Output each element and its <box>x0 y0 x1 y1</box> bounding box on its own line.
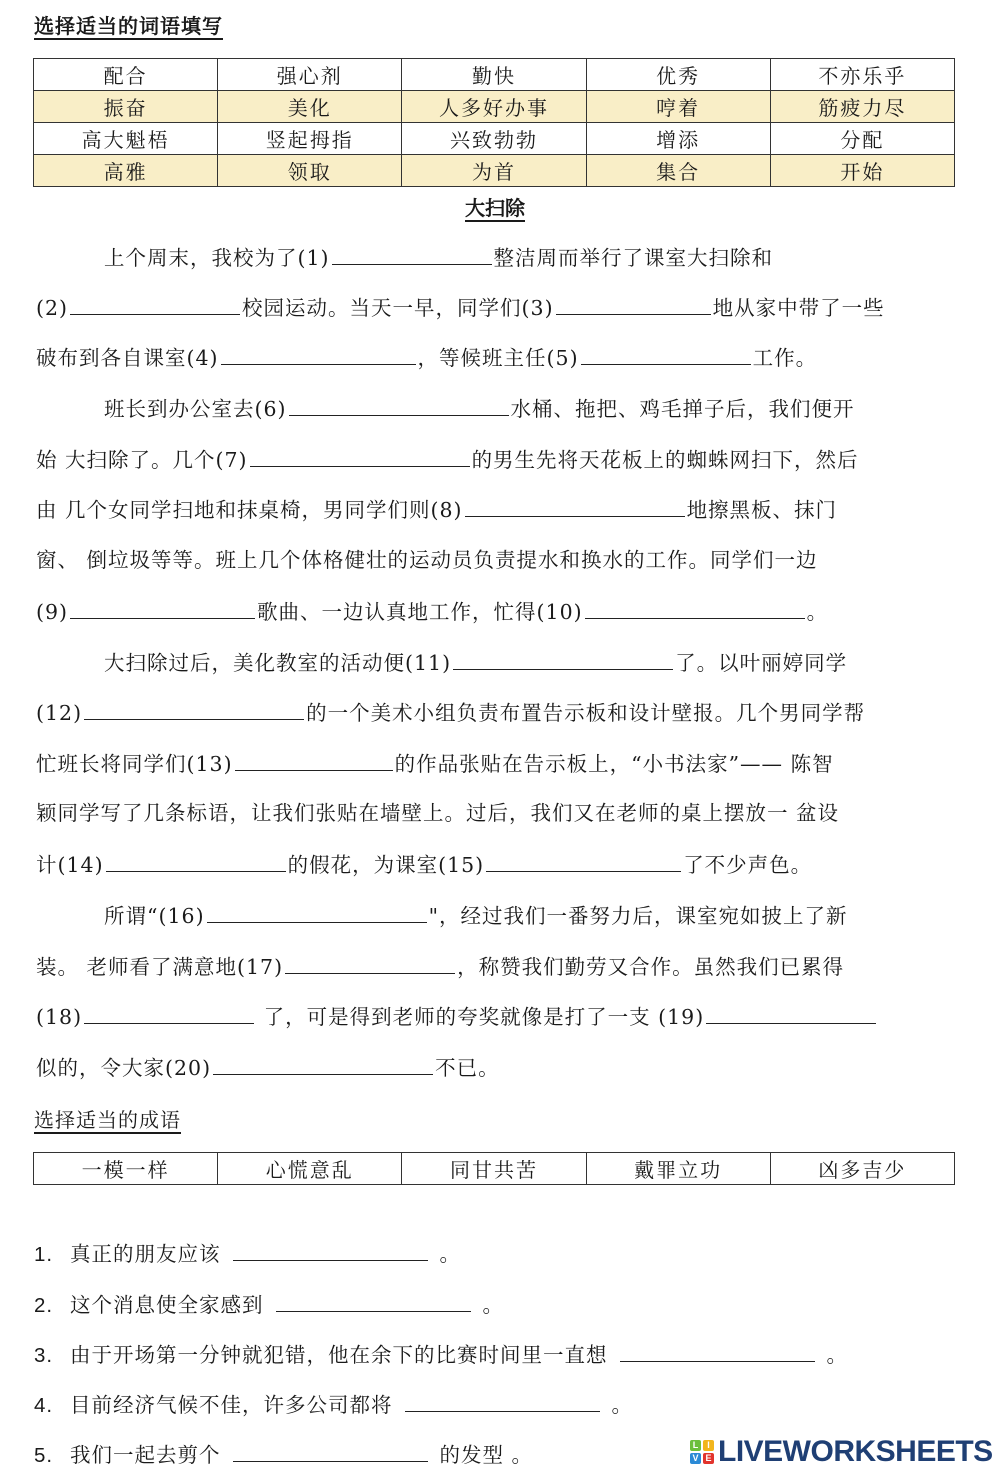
word-option[interactable]: 高雅 <box>34 155 218 187</box>
answer-blank-input[interactable] <box>221 342 416 365</box>
answer-blank-input[interactable] <box>453 647 673 670</box>
story-text: (9) <box>36 600 68 624</box>
question-ending: 的发型 。 <box>440 1443 534 1467</box>
question-text: 我们一起去剪个 <box>70 1443 221 1467</box>
word-option[interactable]: 高大魁梧 <box>34 123 218 155</box>
answer-blank-input[interactable] <box>465 494 685 517</box>
story-text: 忙班长将同学们(13) <box>36 752 233 776</box>
story-text: 。 <box>807 600 829 624</box>
answer-blank-input[interactable] <box>276 1289 471 1312</box>
story-line: 窗、 倒垃圾等等。班上几个体格健壮的运动员负责提水和换水的工作。同学们一边 <box>36 545 956 575</box>
story-line: 始 大扫除了。几个(7)的男生先将天花板上的蜘蛛网扫下，然后 <box>36 444 956 474</box>
question-ending: 。 <box>827 1343 849 1367</box>
story-line: (12)的一个美术小组负责布置告示板和设计壁报。几个男同学帮 <box>36 697 956 727</box>
question-text: 这个消息使全家感到 <box>70 1293 264 1317</box>
answer-blank-input[interactable] <box>556 292 711 315</box>
story-line: 所谓“(16)"，经过我们一番努力后，课室宛如披上了新 <box>36 900 1000 930</box>
story-line: (18) 了，可是得到老师的夸奖就像是打了一支 (19) <box>36 1001 956 1031</box>
word-option[interactable]: 领取 <box>218 155 402 187</box>
word-bank-row: 高雅 领取 为首 集合 开始 <box>34 155 955 187</box>
logo-tile: E <box>703 1453 714 1464</box>
answer-blank-input[interactable] <box>233 1238 428 1261</box>
word-option[interactable]: 分配 <box>770 123 954 155</box>
story-text: 窗、 倒垃圾等等。班上几个体格健壮的运动员负责提水和换水的工作。同学们一边 <box>36 548 818 572</box>
question-text: 目前经济气候不佳，许多公司都将 <box>70 1393 393 1417</box>
story-text: 工作。 <box>753 346 818 370</box>
idiom-option[interactable]: 戴罪立功 <box>586 1153 770 1185</box>
word-option[interactable]: 集合 <box>586 155 770 187</box>
story-title: 大扫除 <box>0 192 990 221</box>
story-line: 计(14)的假花，为课室(15)了不少声色。 <box>36 849 956 879</box>
idiom-bank-row: 一模一样 心慌意乱 同甘共苦 戴罪立功 凶多吉少 <box>34 1153 955 1185</box>
word-option[interactable]: 美化 <box>218 91 402 123</box>
story-line: 由 几个女同学扫地和抹桌椅，男同学们则(8)地擦黑板、抹门 <box>36 494 956 524</box>
question-ending: 。 <box>440 1242 462 1266</box>
question-text: 由于开场第一分钟就犯错，他在余下的比赛时间里一直想 <box>70 1343 608 1367</box>
idiom-option[interactable]: 一模一样 <box>34 1153 218 1185</box>
question-ending: 。 <box>483 1293 505 1317</box>
word-option[interactable]: 配合 <box>34 59 218 91</box>
idiom-option[interactable]: 同甘共苦 <box>402 1153 586 1185</box>
story-text: 歌曲、一边认真地工作，忙得(10) <box>257 600 583 624</box>
word-bank-row: 配合 强心剂 勤快 优秀 不亦乐乎 <box>34 59 955 91</box>
story-text: (12) <box>36 701 82 725</box>
story-text: 了，可是得到老师的夸奖就像是打了一支 (19) <box>256 1005 704 1029</box>
story-line: 破布到各自课室(4)，等候班主任(5)工作。 <box>36 342 956 372</box>
story-text: 颖同学写了几条标语，让我们张贴在墙壁上。过后，我们又在老师的桌上摆放一 盆设 <box>36 801 839 825</box>
question-number: 3. <box>34 1344 70 1368</box>
logo-tiles-icon: L I V E <box>690 1440 714 1464</box>
answer-blank-input[interactable] <box>235 748 393 771</box>
story-line: (9)歌曲、一边认真地工作，忙得(10)。 <box>36 596 956 626</box>
answer-blank-input[interactable] <box>84 697 304 720</box>
word-section-title: 选择适当的词语填写 <box>34 10 223 39</box>
story-text: 由 几个女同学扫地和抹桌椅，男同学们则(8) <box>36 498 463 522</box>
story-text: 整洁周而举行了课室大扫除和 <box>494 246 774 270</box>
story-line: 大扫除过后，美化教室的活动便(11)了。以叶丽婷同学 <box>36 647 1000 677</box>
story-line: 似的，令大家(20)不已。 <box>36 1052 956 1082</box>
idiom-question: 1.真正的朋友应该。 <box>34 1237 461 1267</box>
question-ending: 。 <box>612 1393 634 1417</box>
story-text: 的假花，为课室(15) <box>288 853 485 877</box>
story-text: 地擦黑板、抹门 <box>687 498 838 522</box>
word-option[interactable]: 不亦乐乎 <box>770 59 954 91</box>
idiom-bank-table: 一模一样 心慌意乱 同甘共苦 戴罪立功 凶多吉少 <box>33 1152 955 1185</box>
story-line: (2)校园运动。当天一早，同学们(3)地从家中带了一些 <box>36 292 956 322</box>
story-text: ，称赞我们勤劳又合作。虽然我们已累得 <box>457 955 844 979</box>
idiom-question: 4.目前经济气候不佳，许多公司都将。 <box>34 1388 633 1418</box>
story-line: 忙班长将同学们(13)的作品张贴在告示板上，“小书法家”—— 陈智 <box>36 748 956 778</box>
answer-blank-input[interactable] <box>620 1339 815 1362</box>
word-bank-row: 振奋 美化 人多好办事 哼着 筋疲力尽 <box>34 91 955 123</box>
word-bank-row: 高大魁梧 竖起拇指 兴致勃勃 增添 分配 <box>34 123 955 155</box>
story-text: 计(14) <box>36 853 104 877</box>
liveworksheets-logo: L I V E LIVEWORKSHEETS <box>690 1436 993 1468</box>
word-option[interactable]: 优秀 <box>586 59 770 91</box>
word-option[interactable]: 振奋 <box>34 91 218 123</box>
story-text: 地从家中带了一些 <box>713 296 885 320</box>
answer-blank-input[interactable] <box>581 342 751 365</box>
story-text: 的一个美术小组负责布置告示板和设计壁报。几个男同学帮 <box>306 701 865 725</box>
answer-blank-input[interactable] <box>70 292 240 315</box>
word-option[interactable]: 开始 <box>770 155 954 187</box>
word-option[interactable]: 为首 <box>402 155 586 187</box>
story-text: 班长到办公室去(6) <box>104 397 287 421</box>
question-number: 1. <box>34 1243 70 1267</box>
answer-blank-input[interactable] <box>233 1439 428 1462</box>
logo-tile: I <box>703 1440 714 1451</box>
idiom-option[interactable]: 凶多吉少 <box>770 1153 954 1185</box>
word-option[interactable]: 筋疲力尽 <box>770 91 954 123</box>
story-text: 的男生先将天花板上的蜘蛛网扫下，然后 <box>472 448 859 472</box>
idiom-section-title: 选择适当的成语 <box>34 1104 181 1133</box>
story-line: 上个周末，我校为了(1)整洁周而举行了课室大扫除和 <box>36 242 1000 272</box>
answer-blank-input[interactable] <box>213 1052 433 1075</box>
answer-blank-input[interactable] <box>405 1389 600 1412</box>
question-number: 4. <box>34 1394 70 1418</box>
answer-blank-input[interactable] <box>250 444 470 467</box>
answer-blank-input[interactable] <box>486 849 681 872</box>
story-line: 装。 老师看了满意地(17)，称赞我们勤劳又合作。虽然我们已累得 <box>36 951 956 981</box>
answer-blank-input[interactable] <box>70 596 255 619</box>
story-text: 的作品张贴在告示板上，“小书法家”—— 陈智 <box>395 752 834 776</box>
word-option[interactable]: 强心剂 <box>218 59 402 91</box>
question-number: 2. <box>34 1294 70 1318</box>
word-option[interactable]: 哼着 <box>586 91 770 123</box>
question-text: 真正的朋友应该 <box>70 1242 221 1266</box>
word-option[interactable]: 竖起拇指 <box>218 123 402 155</box>
story-line: 颖同学写了几条标语，让我们张贴在墙壁上。过后，我们又在老师的桌上摆放一 盆设 <box>36 798 956 828</box>
story-line: 班长到办公室去(6)水桶、拖把、鸡毛掸子后，我们便开 <box>36 393 1000 423</box>
story-text: (18) <box>36 1005 82 1029</box>
idiom-question: 3.由于开场第一分钟就犯错，他在余下的比赛时间里一直想。 <box>34 1338 848 1368</box>
story-text: 校园运动。当天一早，同学们(3) <box>242 296 554 320</box>
answer-blank-input[interactable] <box>332 242 492 265</box>
answer-blank-input[interactable] <box>289 393 509 416</box>
idiom-question: 5.我们一起去剪个的发型 。 <box>34 1438 533 1468</box>
logo-text: LIVEWORKSHEETS <box>718 1435 993 1469</box>
question-number: 5. <box>34 1444 70 1468</box>
story-text: 所谓“(16) <box>104 904 205 928</box>
story-text: 似的，令大家(20) <box>36 1056 211 1080</box>
answer-blank-input[interactable] <box>84 1001 254 1024</box>
story-text: 不已。 <box>435 1056 500 1080</box>
story-text: 了不少声色。 <box>683 853 812 877</box>
answer-blank-input[interactable] <box>207 900 427 923</box>
word-bank-table: 配合 强心剂 勤快 优秀 不亦乐乎 振奋 美化 人多好办事 哼着 筋疲力尽 高大… <box>33 58 955 187</box>
story-text: 破布到各自课室(4) <box>36 346 219 370</box>
answer-blank-input[interactable] <box>706 1001 876 1024</box>
story-text: 了。以叶丽婷同学 <box>675 651 847 675</box>
story-text: "，经过我们一番努力后，课室宛如披上了新 <box>429 904 848 928</box>
answer-blank-input[interactable] <box>585 596 805 619</box>
word-option[interactable]: 增添 <box>586 123 770 155</box>
word-option[interactable]: 人多好办事 <box>402 91 586 123</box>
story-text: 装。 老师看了满意地(17) <box>36 955 283 979</box>
logo-tile: V <box>690 1453 701 1464</box>
story-text: (2) <box>36 296 68 320</box>
logo-tile: L <box>690 1440 701 1451</box>
story-text: 大扫除过后，美化教室的活动便(11) <box>104 651 451 675</box>
story-text: 水桶、拖把、鸡毛掸子后，我们便开 <box>511 397 855 421</box>
word-option[interactable]: 兴致勃勃 <box>402 123 586 155</box>
story-text: 上个周末，我校为了(1) <box>104 246 330 270</box>
answer-blank-input[interactable] <box>106 849 286 872</box>
idiom-option[interactable]: 心慌意乱 <box>218 1153 402 1185</box>
idiom-question: 2.这个消息使全家感到。 <box>34 1288 504 1318</box>
story-text: 始 大扫除了。几个(7) <box>36 448 248 472</box>
answer-blank-input[interactable] <box>285 951 455 974</box>
word-option[interactable]: 勤快 <box>402 59 586 91</box>
story-text: ，等候班主任(5) <box>418 346 579 370</box>
